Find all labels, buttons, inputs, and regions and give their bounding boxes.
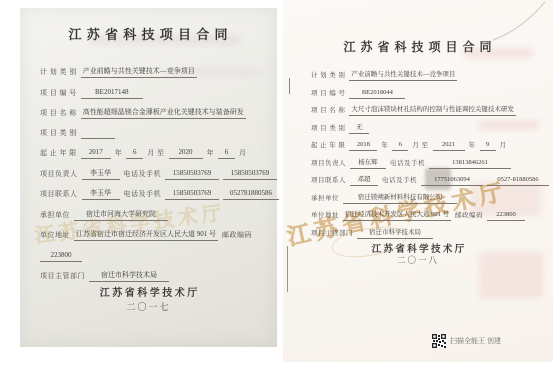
- contract-field-row: 起 止 年 限2018年6月 至2021年9月: [311, 140, 543, 151]
- scanner-credit: 扫描全能王 创建: [432, 334, 501, 348]
- contract-field-row: 项 目 类 别无: [311, 123, 543, 134]
- page-curl: [491, 0, 553, 42]
- field-label: 年: [381, 141, 388, 151]
- field-label: 项目负责人: [311, 159, 346, 169]
- field-value: 2017: [81, 146, 111, 159]
- field-label: 月 至: [147, 147, 164, 159]
- field-label: 起 止 年 限: [311, 141, 345, 151]
- contract-field-row: 项目负责人杨东辉电话及手机13813846261: [311, 158, 543, 169]
- field-label: 项 目 编 号: [40, 87, 77, 99]
- field-label: 项 目 名 称: [40, 107, 77, 119]
- field-label: 项 目 类 别: [40, 127, 77, 139]
- field-value: 223800: [487, 210, 525, 221]
- field-label: 月: [500, 141, 507, 151]
- field-label: 承担单位: [40, 209, 70, 221]
- contract-page-2018: 江苏省科学技术厅 江 苏 省 科 技 项 目 合 同 计 划 类 别产业前瞻与共…: [283, 0, 553, 362]
- field-label: 项目主管部门: [311, 229, 353, 239]
- field-value: 2021: [433, 140, 465, 151]
- field-label: 年: [115, 147, 123, 159]
- field-label: 项目负责人: [40, 168, 78, 180]
- field-value: 无: [349, 123, 369, 134]
- document-title: 江 苏 省 科 技 项 目 合 同: [283, 38, 553, 55]
- field-value: 杨东辉: [350, 158, 386, 169]
- field-label: 计 划 类 别: [40, 66, 77, 78]
- field-label: 邮政编码: [455, 211, 483, 221]
- field-label: 承担单位: [311, 194, 339, 204]
- field-value: 6: [126, 146, 143, 159]
- field-value: 13813846261: [429, 158, 511, 169]
- field-value: 0527-81880586: [487, 175, 549, 186]
- field-label: 项目主管部门: [40, 270, 85, 282]
- contract-field-row: 223800: [40, 249, 269, 262]
- issue-year: 二〇一七: [20, 300, 277, 313]
- field-value: 2020: [169, 146, 203, 159]
- scanned-contracts-view: 江苏省科学技术厅 江 苏 省 科 技 项 目 合 同 计 划 类 别产业前瞻与共…: [0, 0, 553, 375]
- contract-field-row: 项 目 编 号BE2018044: [311, 88, 543, 99]
- field-label: 单位地址: [311, 211, 339, 221]
- field-value: 大尺寸泡沫镁块材孔结构的控制与性能调控关键技术研发: [349, 105, 516, 116]
- qr-code-icon: [432, 334, 446, 348]
- field-value: 宿迁市科学技术局: [89, 269, 169, 282]
- field-value: 15850503769: [165, 167, 219, 180]
- field-value: 江苏省宿迁市宿迁经济开发区人民大道 901 号: [74, 228, 218, 241]
- field-label: 年: [207, 147, 215, 159]
- contract-field-row: 计 划 类 别产业前瞻与共性关键技术—竞争项目: [311, 70, 543, 81]
- contract-field-row: 承担单位宿迁镁朔新材料科技有限公司: [311, 193, 543, 204]
- field-label: 电话及手机: [390, 159, 425, 169]
- field-label: 项 目 编 号: [311, 89, 345, 99]
- field-value: 高性能超细晶镁合金薄板产业化关键技术与装备研发: [81, 106, 246, 119]
- issuing-authority: 江 苏 省 科 学 技 术 厅: [283, 241, 553, 255]
- field-value: 15850503769: [223, 167, 277, 180]
- field-value: 宿迁经济技术开发区人民大道 901 号: [343, 210, 451, 221]
- field-label: 项目联系人: [311, 176, 346, 186]
- contract-field-row: 承担单位宿迁市河海大学研究院: [40, 208, 269, 221]
- field-value: 宿迁市科学技术局: [357, 228, 433, 239]
- contract-field-row: 计 划 类 别产业前瞻与共性关键技术—竞争项目: [40, 65, 269, 78]
- contract-field-row: 项 目 类 别: [40, 127, 269, 139]
- field-value: BE2017148: [81, 86, 143, 99]
- contract-field-row: 单位地址江苏省宿迁市宿迁经济开发区人民大道 901 号邮政编码: [40, 228, 269, 241]
- field-value: BE2018044: [349, 88, 405, 99]
- contract-fields: 计 划 类 别产业前瞻与共性关键技术—竞争项目项 目 编 号BE2018044项…: [311, 70, 543, 245]
- field-value: 9: [480, 140, 496, 151]
- field-label: 起 止 年 限: [40, 147, 77, 159]
- contract-page-2017: 江苏省科学技术厅 江 苏 省 科 技 项 目 合 同 计 划 类 别产业前瞻与共…: [20, 8, 277, 347]
- contract-field-row: 项 目 名 称高性能超细晶镁合金薄板产业化关键技术与装备研发: [40, 106, 269, 119]
- field-label: 电话及手机: [124, 168, 162, 180]
- field-label: 电话及手机: [382, 176, 417, 186]
- field-value: 宿迁镁朔新材料科技有限公司: [343, 193, 457, 204]
- field-label: 项 目 名 称: [311, 106, 345, 116]
- contract-field-row: 起 止 年 限2017年6月 至2020年6月: [40, 146, 269, 159]
- contract-field-row: 项目联系人邓超电话及手机177510630940527-81880586: [311, 175, 543, 186]
- field-value: 宿迁市河海大学研究院: [74, 208, 168, 221]
- page-edge-mark: [289, 78, 290, 94]
- field-value: 052781880586: [223, 187, 279, 200]
- scanner-credit-label: 扫描全能王 创建: [450, 336, 501, 346]
- field-value: 李玉华: [82, 187, 120, 200]
- contract-fields: 计 划 类 别产业前瞻与共性关键技术—竞争项目项 目 编 号BE2017148项…: [40, 65, 269, 290]
- field-label: 项 目 类 别: [311, 124, 345, 134]
- issuing-authority: 江 苏 省 科 学 技 术 厅: [20, 284, 277, 299]
- contract-field-row: 项目联系人李玉华电话及手机15850503769052781880586: [40, 187, 269, 200]
- contract-field-row: 项目负责人李玉华电话及手机1585050376915850503769: [40, 167, 269, 180]
- contract-field-row: 项 目 编 号BE2017148: [40, 86, 269, 99]
- contract-field-row: 项目主管部门宿迁市科学技术局: [311, 228, 543, 239]
- field-label: 邮政编码: [222, 229, 252, 241]
- contract-field-row: 单位地址宿迁经济技术开发区人民大道 901 号邮政编码223800: [311, 210, 543, 221]
- field-label: 电话及手机: [124, 188, 162, 200]
- field-label: 单位地址: [40, 229, 70, 241]
- field-value: 产业前瞻与共性关键技术—竞争项目: [349, 70, 457, 81]
- field-value: 15850503769: [165, 187, 219, 200]
- contract-field-row: 项 目 名 称大尺寸泡沫镁块材孔结构的控制与性能调控关键技术研发: [311, 105, 543, 116]
- field-value: 6: [218, 146, 235, 159]
- field-value: 6: [392, 140, 408, 151]
- field-value: 223800: [40, 249, 82, 262]
- field-label: 月: [239, 147, 247, 159]
- issue-year: 二〇一八: [283, 254, 553, 266]
- field-value: 17751063094: [421, 175, 483, 186]
- field-label: 年: [469, 141, 476, 151]
- field-value: 2018: [349, 140, 377, 151]
- field-label: 项目联系人: [40, 188, 78, 200]
- field-value: 邓超: [350, 175, 378, 186]
- field-value: 产业前瞻与共性关键技术—竞争项目: [81, 65, 197, 78]
- document-title: 江 苏 省 科 技 项 目 合 同: [20, 24, 277, 43]
- field-label: 计 划 类 别: [311, 71, 345, 81]
- field-label: 月 至: [412, 141, 428, 151]
- field-value: 李玉华: [82, 167, 120, 180]
- contract-field-row: 项目主管部门宿迁市科学技术局: [40, 269, 269, 282]
- field-value: [81, 129, 115, 139]
